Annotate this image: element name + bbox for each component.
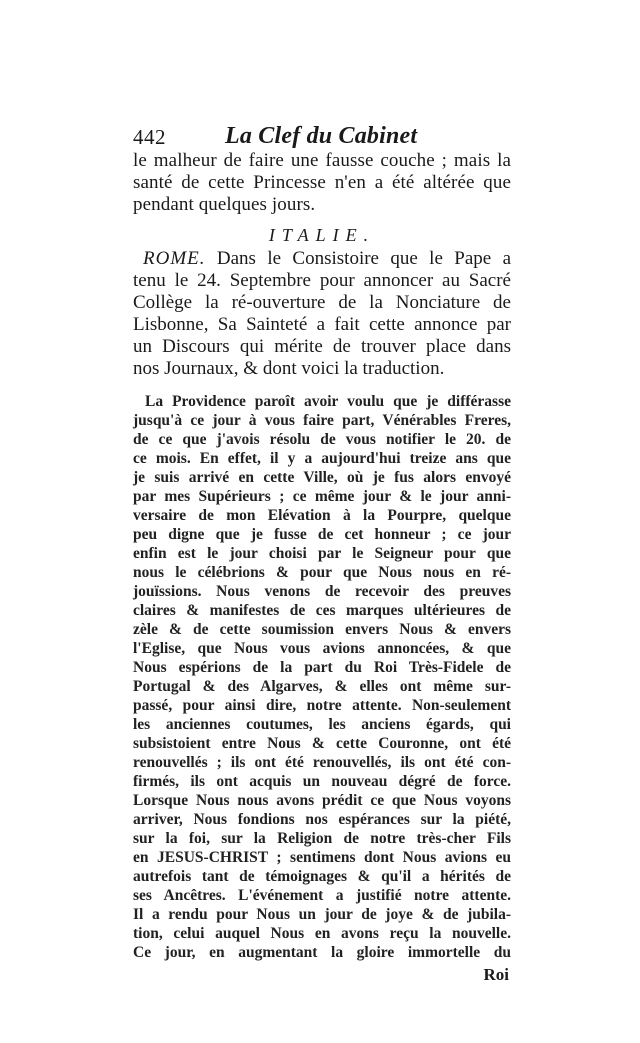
quote-line: Portugal & des Algarves, & elles ont mêm…: [133, 677, 511, 696]
dispatch-paragraph: ROME. Dans le Consistoire que le Pape a …: [133, 248, 511, 380]
quote-line: les anciennes coutumes, les anciens égar…: [133, 715, 511, 734]
running-title: La Clef du Cabinet: [225, 123, 417, 149]
text-line: santé de cette Princesse n'en a été alté…: [133, 172, 511, 194]
dateline-place: ROME.: [143, 248, 206, 269]
quote-line: renouvellés ; ils ont été renouvellés, i…: [133, 753, 511, 772]
quoted-discourse: La Providence paroît avoir voulu que je …: [133, 392, 511, 962]
quote-line: l'Eglise, que Nous vous avions annoncées…: [133, 639, 511, 658]
page-number: 442: [133, 124, 166, 150]
quote-line: zèle & de cette soumission envers Nous &…: [133, 620, 511, 639]
document-page: 442 La Clef du Cabinet le malheur de fai…: [133, 124, 511, 986]
quote-line: peu digne que je fusse de cet honneur ; …: [133, 525, 511, 544]
quote-line: Lorsque Nous nous avons prédit ce que No…: [133, 791, 511, 810]
quote-line: en JESUS-CHRIST ; sentimens dont Nous av…: [133, 848, 511, 867]
text-line: un Discours qui mérite de trouver place …: [133, 336, 511, 358]
quote-line: par mes Supérieurs ; ce même jour & le j…: [133, 487, 511, 506]
quote-line: firmés, ils ont acquis un nouveau dégré …: [133, 772, 511, 791]
quote-line: enfin est le jour choisi par le Seigneur…: [133, 544, 511, 563]
quote-line: passé, pour ainsi dire, notre attente. N…: [133, 696, 511, 715]
section-heading: ITALIE.: [133, 222, 511, 248]
intro-paragraph: le malheur de faire une fausse couche ; …: [133, 150, 511, 216]
quote-line: je suis arrivé en cette Ville, où je fus…: [133, 468, 511, 487]
quote-line: autrefois tant de témoignages & qu'il a …: [133, 867, 511, 886]
text-line: le malheur de faire une fausse couche ; …: [133, 150, 511, 172]
quote-line: ses Ancêtres. L'événement a justifié not…: [133, 886, 511, 905]
quote-line: jusqu'à ce jour à vous faire part, Vénér…: [133, 411, 511, 430]
quote-line: ce mois. En effet, il y a aujourd'hui tr…: [133, 449, 511, 468]
text-line-content: Dans le Consistoire que le Pape a: [217, 248, 511, 269]
running-head: 442 La Clef du Cabinet: [133, 124, 511, 150]
quote-line: subsistoient entre Nous & cette Couronne…: [133, 734, 511, 753]
quote-line: La Providence paroît avoir voulu que je …: [133, 392, 511, 411]
text-line: Lisbonne, Sa Sainteté a fait cette annon…: [133, 314, 511, 336]
quote-line: claires & manifestes de ces marques ulté…: [133, 601, 511, 620]
text-line: pendant quelques jours.: [133, 194, 511, 216]
quote-line: Il a rendu pour Nous un jour de joye & d…: [133, 905, 511, 924]
quote-line: versaire de mon Elévation à la Pourpre, …: [133, 506, 511, 525]
text-line: tenu le 24. Septembre pour annoncer au S…: [133, 270, 511, 292]
quote-line: de ce que j'avois résolu de vous notifie…: [133, 430, 511, 449]
text-line: nos Journaux, & dont voici la traduction…: [133, 358, 511, 380]
catchword: Roi: [133, 964, 511, 986]
text-line: ROME. Dans le Consistoire que le Pape a: [133, 248, 511, 270]
quote-line: Nous espérions de la part du Roi Très-Fi…: [133, 658, 511, 677]
text-line: Collège la ré-ouverture de la Nonciature…: [133, 292, 511, 314]
quote-line: jouïssions. Nous venons de recevoir des …: [133, 582, 511, 601]
quote-line: tion, celui auquel Nous en avons reçu la…: [133, 924, 511, 943]
quote-line: arriver, Nous fondions nos espérances su…: [133, 810, 511, 829]
quote-line: sur la foi, sur la Religion de notre trè…: [133, 829, 511, 848]
quote-line: Ce jour, en augmentant la gloire immorte…: [133, 943, 511, 962]
quote-line: nous le célébrions & pour que Nous nous …: [133, 563, 511, 582]
